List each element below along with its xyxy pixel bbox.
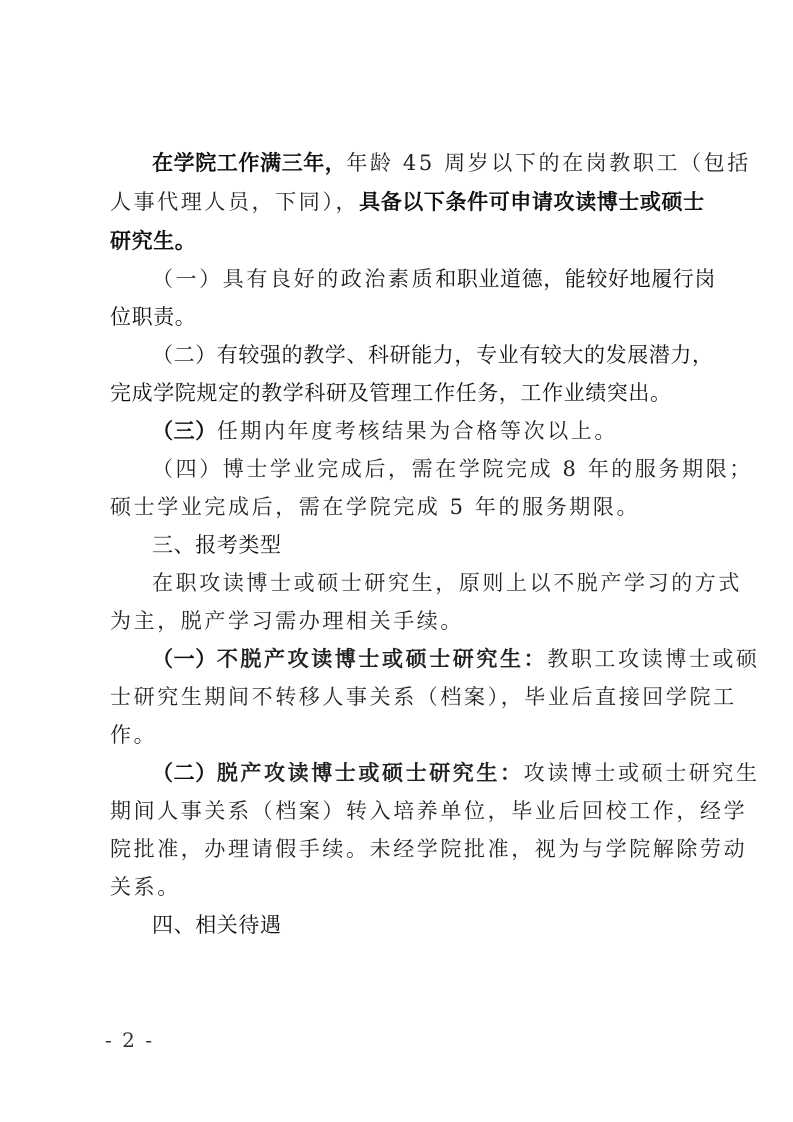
text-run: 关系。: [110, 875, 181, 899]
type-2-line-2: 期间人事关系（档案）转入培养单位，毕业后回校工作，经学: [110, 799, 690, 823]
condition-2-line-1: （二）有较强的教学、科研能力，专业有较大的发展潜力，: [152, 343, 690, 367]
text-run: 教职工攻读博士或硕: [547, 647, 759, 671]
text-run: 期间人事关系（档案）转入培养单位，毕业后回校工作，经学: [110, 799, 747, 823]
condition-4-line-2: 硕士学业完成后，需在学院完成 5 年的服务期限。: [110, 495, 690, 519]
type-1-line-1: （一）不脱产攻读博士或硕士研究生：教职工攻读博士或硕: [152, 647, 690, 671]
bold-run: 在学院工作满三年，: [152, 151, 346, 175]
types-intro-line-1: 在职攻读博士或硕士研究生，原则上以不脱产学习的方式: [152, 571, 690, 595]
text-run: 人事代理人员，下同），: [110, 190, 359, 214]
type-1-line-2: 士研究生期间不转移人事关系（档案），毕业后直接回学院工: [110, 685, 690, 709]
text-run: （一）具有良好的政治素质: [152, 267, 435, 291]
condition-2-line-2: 完成学院规定的教学科研及管理工作任务，工作业绩突出。: [110, 381, 690, 405]
bold-run: 具备以下条件可申请攻读博士或硕士: [359, 190, 705, 214]
bold-run: （三）: [152, 419, 217, 443]
text-run: 为主，脱产学习需办理相关手续。: [110, 609, 464, 633]
sans-run: （二）有较强的教学、科研能力，专业有较大的发展潜力，: [152, 343, 714, 367]
section-heading-benefits: 四、相关待遇: [152, 913, 690, 937]
text-run: 作。: [110, 723, 157, 747]
condition-1-line-2: 位职责。: [110, 305, 690, 329]
type-2-line-3: 院批准，办理请假手续。未经学院批准，视为与学院解除劳动: [110, 837, 690, 861]
page-number: - 2 -: [105, 1028, 154, 1052]
condition-4-line-1: （四）博士学业完成后，需在学院完成 8 年的服务期限；: [152, 457, 690, 481]
type-2-line-1: （二）脱产攻读博士或硕士研究生：攻读博士或硕士研究生: [152, 761, 690, 785]
types-intro-line-2: 为主，脱产学习需办理相关手续。: [110, 609, 690, 633]
document-page: 在学院工作满三年，年龄 45 周岁以下的在岗教职工（包括 人事代理人员，下同），…: [0, 0, 793, 1122]
eligibility-intro-line-3: 研究生。: [110, 229, 690, 253]
eligibility-intro-line-1: 在学院工作满三年，年龄 45 周岁以下的在岗教职工（包括: [152, 151, 690, 175]
sans-run: 完成学院规定的教学科研及管理工作任务，工作业绩突出。: [110, 381, 672, 405]
text-run: 硕士学业完成后，需在学院完成 5 年的服务期限。: [110, 495, 640, 519]
bold-serif-run: 脱产攻读博士或硕士研究生：: [217, 760, 524, 785]
bold-run: （二）: [152, 761, 217, 785]
bold-serif-run: 不脱产攻读博士或硕士研究生：: [217, 646, 547, 671]
text-run: 任期内年度考核结果为合格等次以上。: [217, 419, 618, 443]
heading-text: 四、相关待遇: [152, 913, 282, 937]
sans-run: 位职责。: [110, 305, 196, 329]
condition-1-line-1: （一）具有良好的政治素质和职业道德，能较好地履行岗: [152, 267, 690, 291]
bold-run: （一）: [152, 647, 217, 671]
text-run: 攻读博士或硕士研究生: [524, 761, 760, 785]
text-run: （四）博士学业完成后，需在学院完成 8 年的服务期限；: [152, 457, 753, 481]
text-run: 在职攻读博士或硕士研究生，原则上以不脱产学习的方式: [152, 571, 742, 595]
heading-text: 三、报考类型: [152, 533, 282, 557]
bold-run: 研究生。: [110, 229, 196, 253]
eligibility-intro-line-2: 人事代理人员，下同），具备以下条件可申请攻读博士或硕士: [110, 190, 690, 214]
sans-run: 和职业道德，能较好地履行岗: [435, 267, 716, 291]
condition-3-line: （三）任期内年度考核结果为合格等次以上。: [152, 419, 690, 443]
section-heading-application-types: 三、报考类型: [152, 533, 690, 557]
text-run: 院批准，办理请假手续。未经学院批准，视为与学院解除劳动: [110, 837, 747, 861]
text-run: 士研究生期间不转移人事关系（档案），毕业后直接回学院工: [110, 685, 737, 709]
type-1-line-3: 作。: [110, 723, 690, 747]
text-run: 年龄 45 周岁以下的在岗教职工（包括: [346, 151, 750, 175]
type-2-line-4: 关系。: [110, 875, 690, 899]
